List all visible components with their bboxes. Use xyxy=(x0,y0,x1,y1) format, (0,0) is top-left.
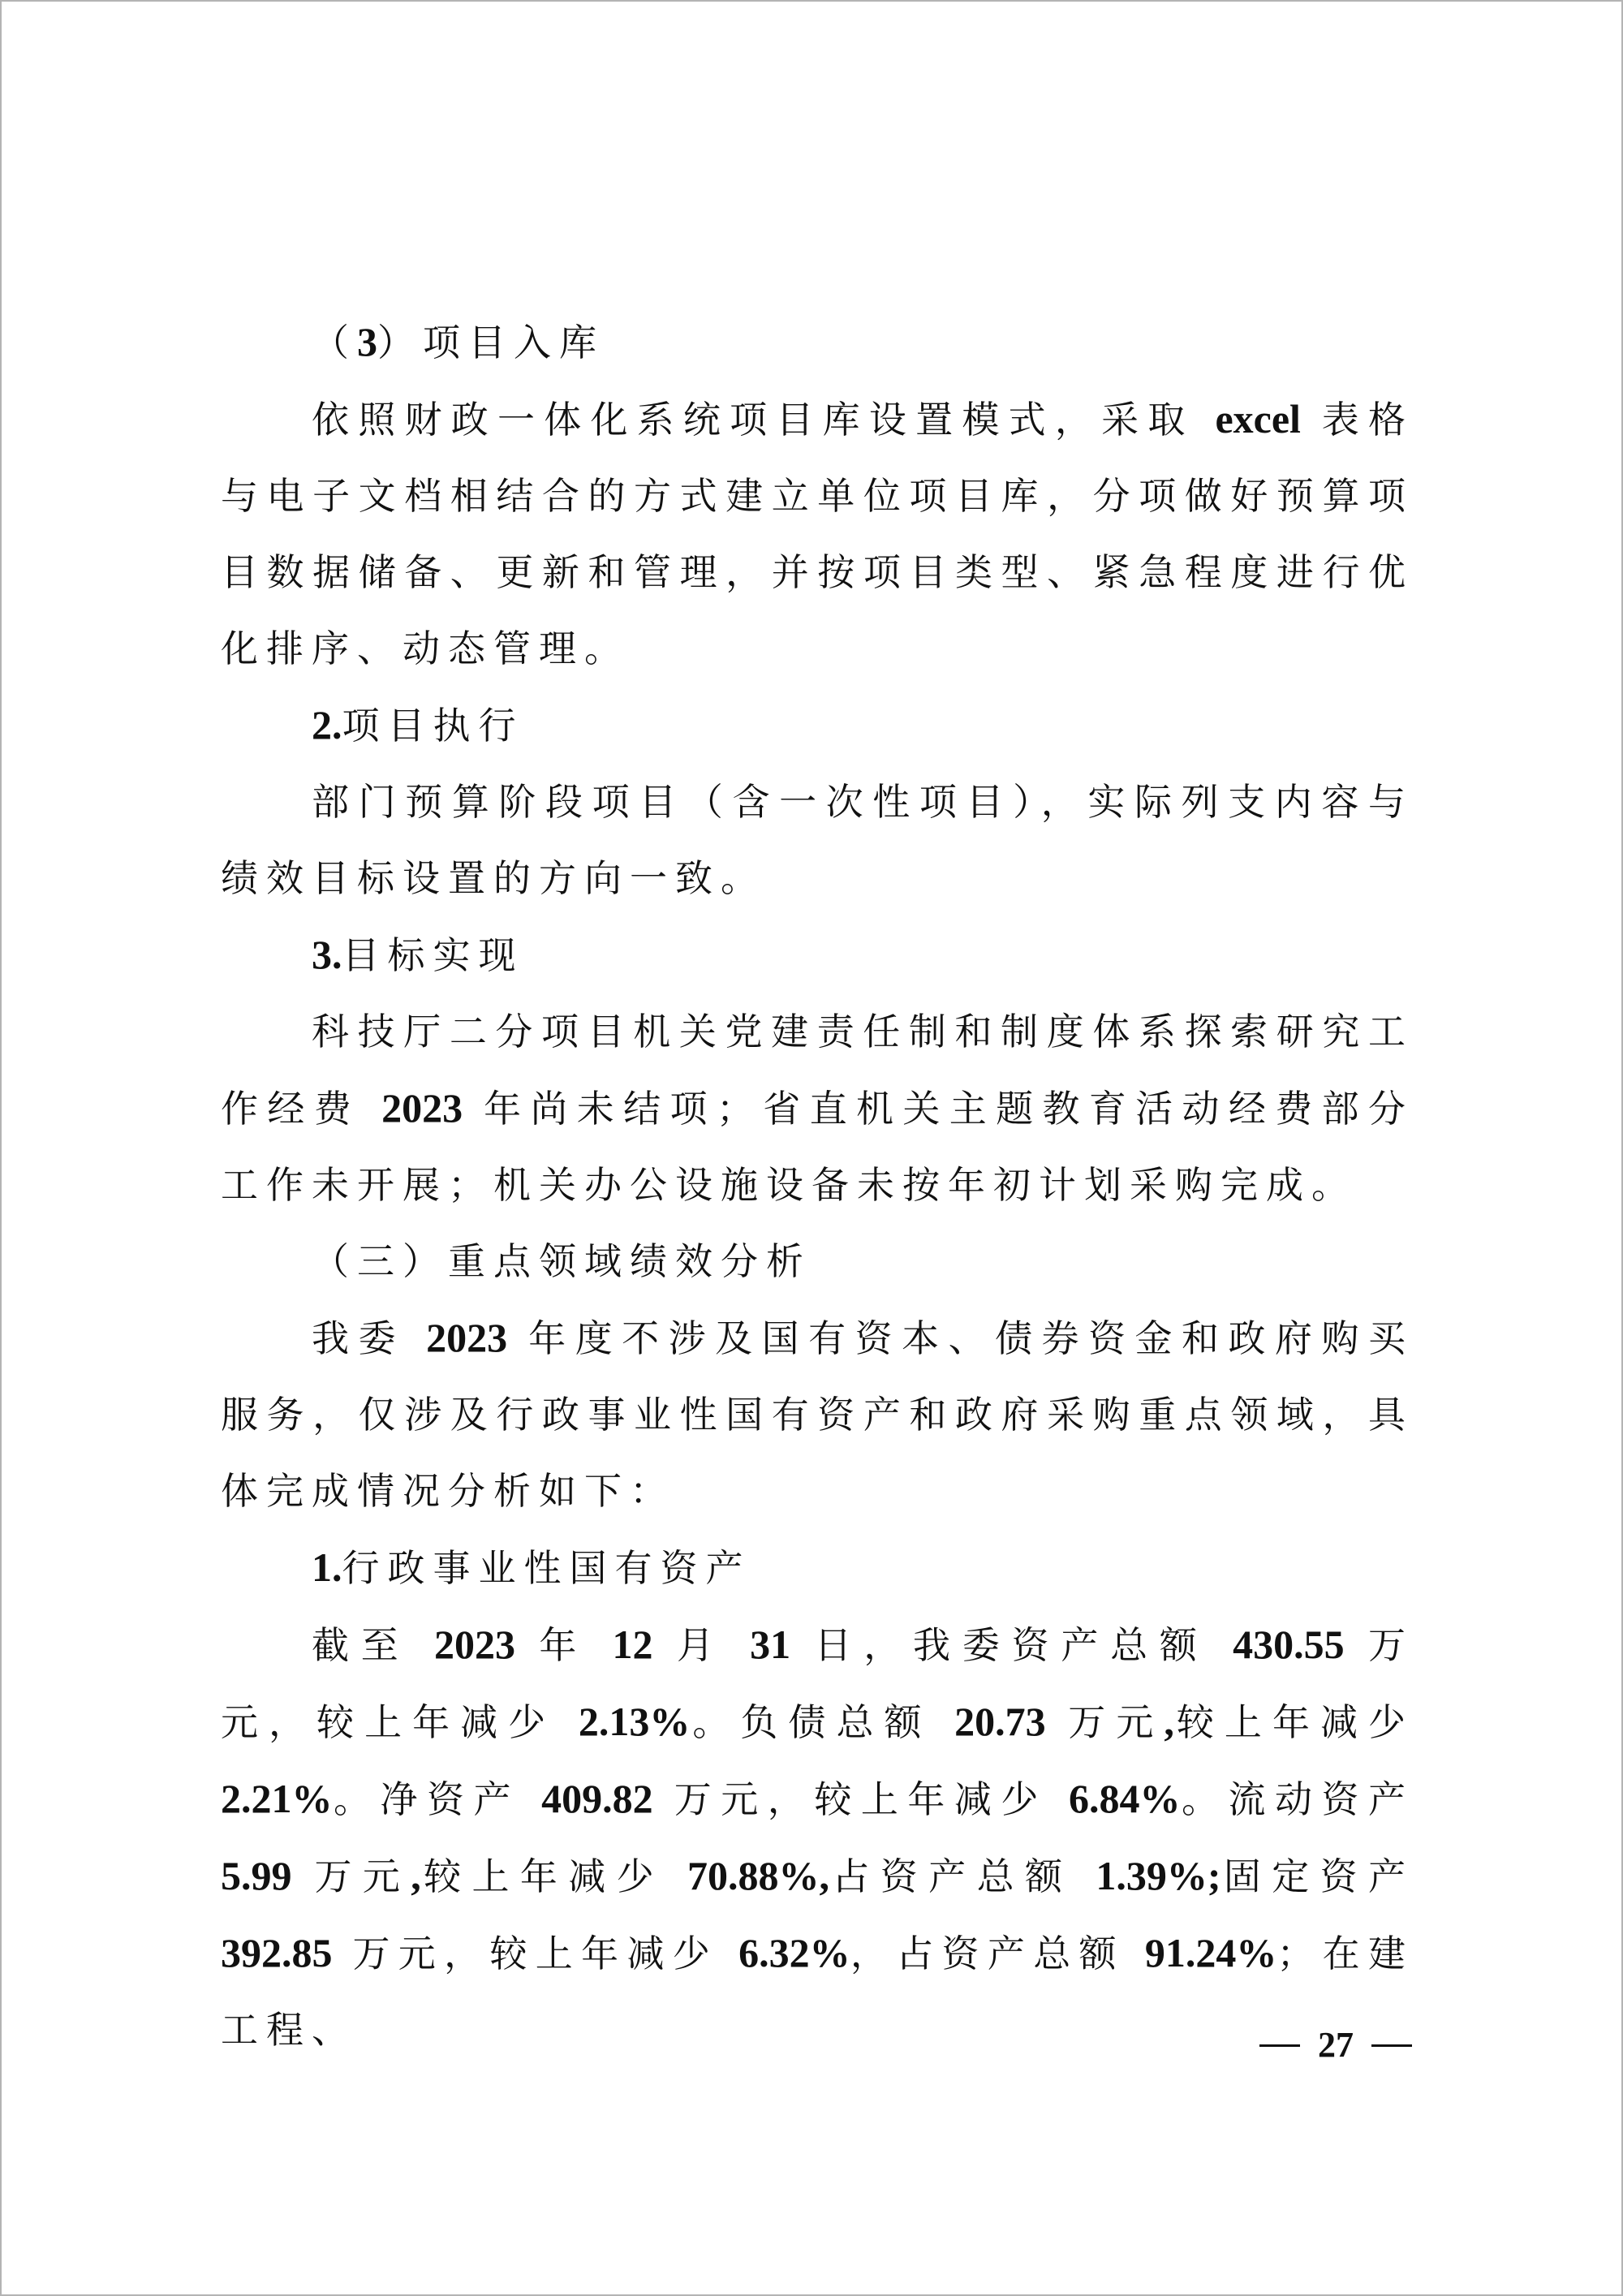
text-run: 5.99 xyxy=(221,1853,292,1898)
text-run: 万元 xyxy=(1046,1700,1165,1744)
text-run: 我委 xyxy=(312,1316,426,1360)
page-number: 27 xyxy=(1318,2021,1354,2070)
footer-dash-left xyxy=(1259,2044,1300,2047)
text-run: 占资产总额 xyxy=(829,1854,1096,1898)
body-paragraph: 截至 2023 年 12 月 31 日，我委资产总额 430.55 万元，较上年… xyxy=(221,1606,1414,2068)
text-run: 12 xyxy=(613,1622,653,1667)
section-heading: 1.行政事业性国有资产 xyxy=(221,1529,1414,1606)
section-heading: （三）重点领域绩效分析 xyxy=(221,1223,1414,1299)
text-run: , xyxy=(1164,1699,1174,1744)
text-run: 万元 xyxy=(292,1854,411,1898)
text-run: 2023 xyxy=(381,1085,463,1131)
text-run: 1.39% xyxy=(1096,1853,1208,1898)
text-run: 行政事业性国有资产 xyxy=(342,1546,751,1590)
text-run: 固定资产 xyxy=(1220,1854,1414,1898)
text-run: 目标实现 xyxy=(342,933,524,977)
text-run: 392.85 xyxy=(221,1930,333,1975)
section-heading: 3.目标实现 xyxy=(221,916,1414,993)
text-run: 430.55 xyxy=(1233,1622,1345,1667)
body-paragraph: 科技厅二分项目机关党建责任制和制度体系探索研究工作经费 2023 年尚未结项；省… xyxy=(221,993,1414,1223)
text-run: 91.24% xyxy=(1145,1930,1277,1975)
footer-dash-right xyxy=(1371,2044,1412,2047)
text-run: ）项目入库 xyxy=(377,321,605,364)
text-run: （ xyxy=(312,321,357,364)
text-run: excel xyxy=(1215,396,1300,442)
section-heading: （3）项目入库 xyxy=(221,304,1414,381)
text-run: 日，我委资产总额 xyxy=(790,1623,1233,1667)
section-heading: 2.项目执行 xyxy=(221,687,1414,764)
document-body: （3）项目入库依照财政一体化系统项目库设置模式，采取 excel 表格与电子文档… xyxy=(221,304,1414,2068)
text-run: 。净资产 xyxy=(333,1777,542,1821)
text-run: ，占资产总额 xyxy=(850,1932,1145,1975)
text-run: 较上年减少 xyxy=(1174,1700,1414,1744)
body-paragraph: 依照财政一体化系统项目库设置模式，采取 excel 表格与电子文档相结合的方式建… xyxy=(221,381,1414,687)
text-run: 70.88% xyxy=(687,1853,820,1898)
text-run: 较上年减少 xyxy=(421,1854,687,1898)
text-run: 3. xyxy=(312,932,342,977)
text-run: ; xyxy=(1208,1853,1221,1898)
text-run: 依照财政一体化系统项目库设置模式，采取 xyxy=(312,398,1215,442)
text-run: 409.82 xyxy=(541,1776,653,1821)
body-paragraph: 部门预算阶段项目（含一次性项目），实际列支内容与绩效目标设置的方向一致。 xyxy=(221,764,1414,916)
text-run: 20.73 xyxy=(954,1699,1046,1744)
text-run: （三）重点领域绩效分析 xyxy=(312,1239,811,1283)
text-run: , xyxy=(820,1853,830,1898)
text-run: 项目执行 xyxy=(342,704,524,747)
text-run: 月 xyxy=(653,1623,751,1667)
text-run: 31 xyxy=(750,1622,790,1667)
text-run: 2023 xyxy=(426,1315,507,1360)
text-run: 。负债总额 xyxy=(690,1700,954,1744)
text-run: 截至 xyxy=(312,1623,434,1667)
text-run: 6.84% xyxy=(1069,1776,1181,1821)
text-run: 2.13% xyxy=(579,1699,691,1744)
page-footer: 27 xyxy=(1259,2021,1422,2070)
text-run: 2. xyxy=(312,702,342,747)
text-run: 2.21% xyxy=(221,1776,333,1821)
text-run: 1. xyxy=(312,1544,342,1590)
text-run: 6.32% xyxy=(738,1930,850,1975)
document-page: （3）项目入库依照财政一体化系统项目库设置模式，采取 excel 表格与电子文档… xyxy=(0,0,1623,2296)
text-run: 年 xyxy=(515,1623,613,1667)
text-run: 2023 xyxy=(434,1622,515,1667)
text-run: 万元，较上年减少 xyxy=(333,1932,739,1975)
text-run: 部门预算阶段项目（含一次性项目），实际列支内容与绩效目标设置的方向一致。 xyxy=(221,780,1414,900)
text-run: 3 xyxy=(357,319,377,364)
text-run: , xyxy=(411,1853,421,1898)
body-paragraph: 我委 2023 年度不涉及国有资本、债券资金和政府购买服务，仅涉及行政事业性国有… xyxy=(221,1299,1414,1529)
text-run: 。流动资产 xyxy=(1180,1777,1414,1821)
text-run: 万元，较上年减少 xyxy=(653,1777,1069,1821)
